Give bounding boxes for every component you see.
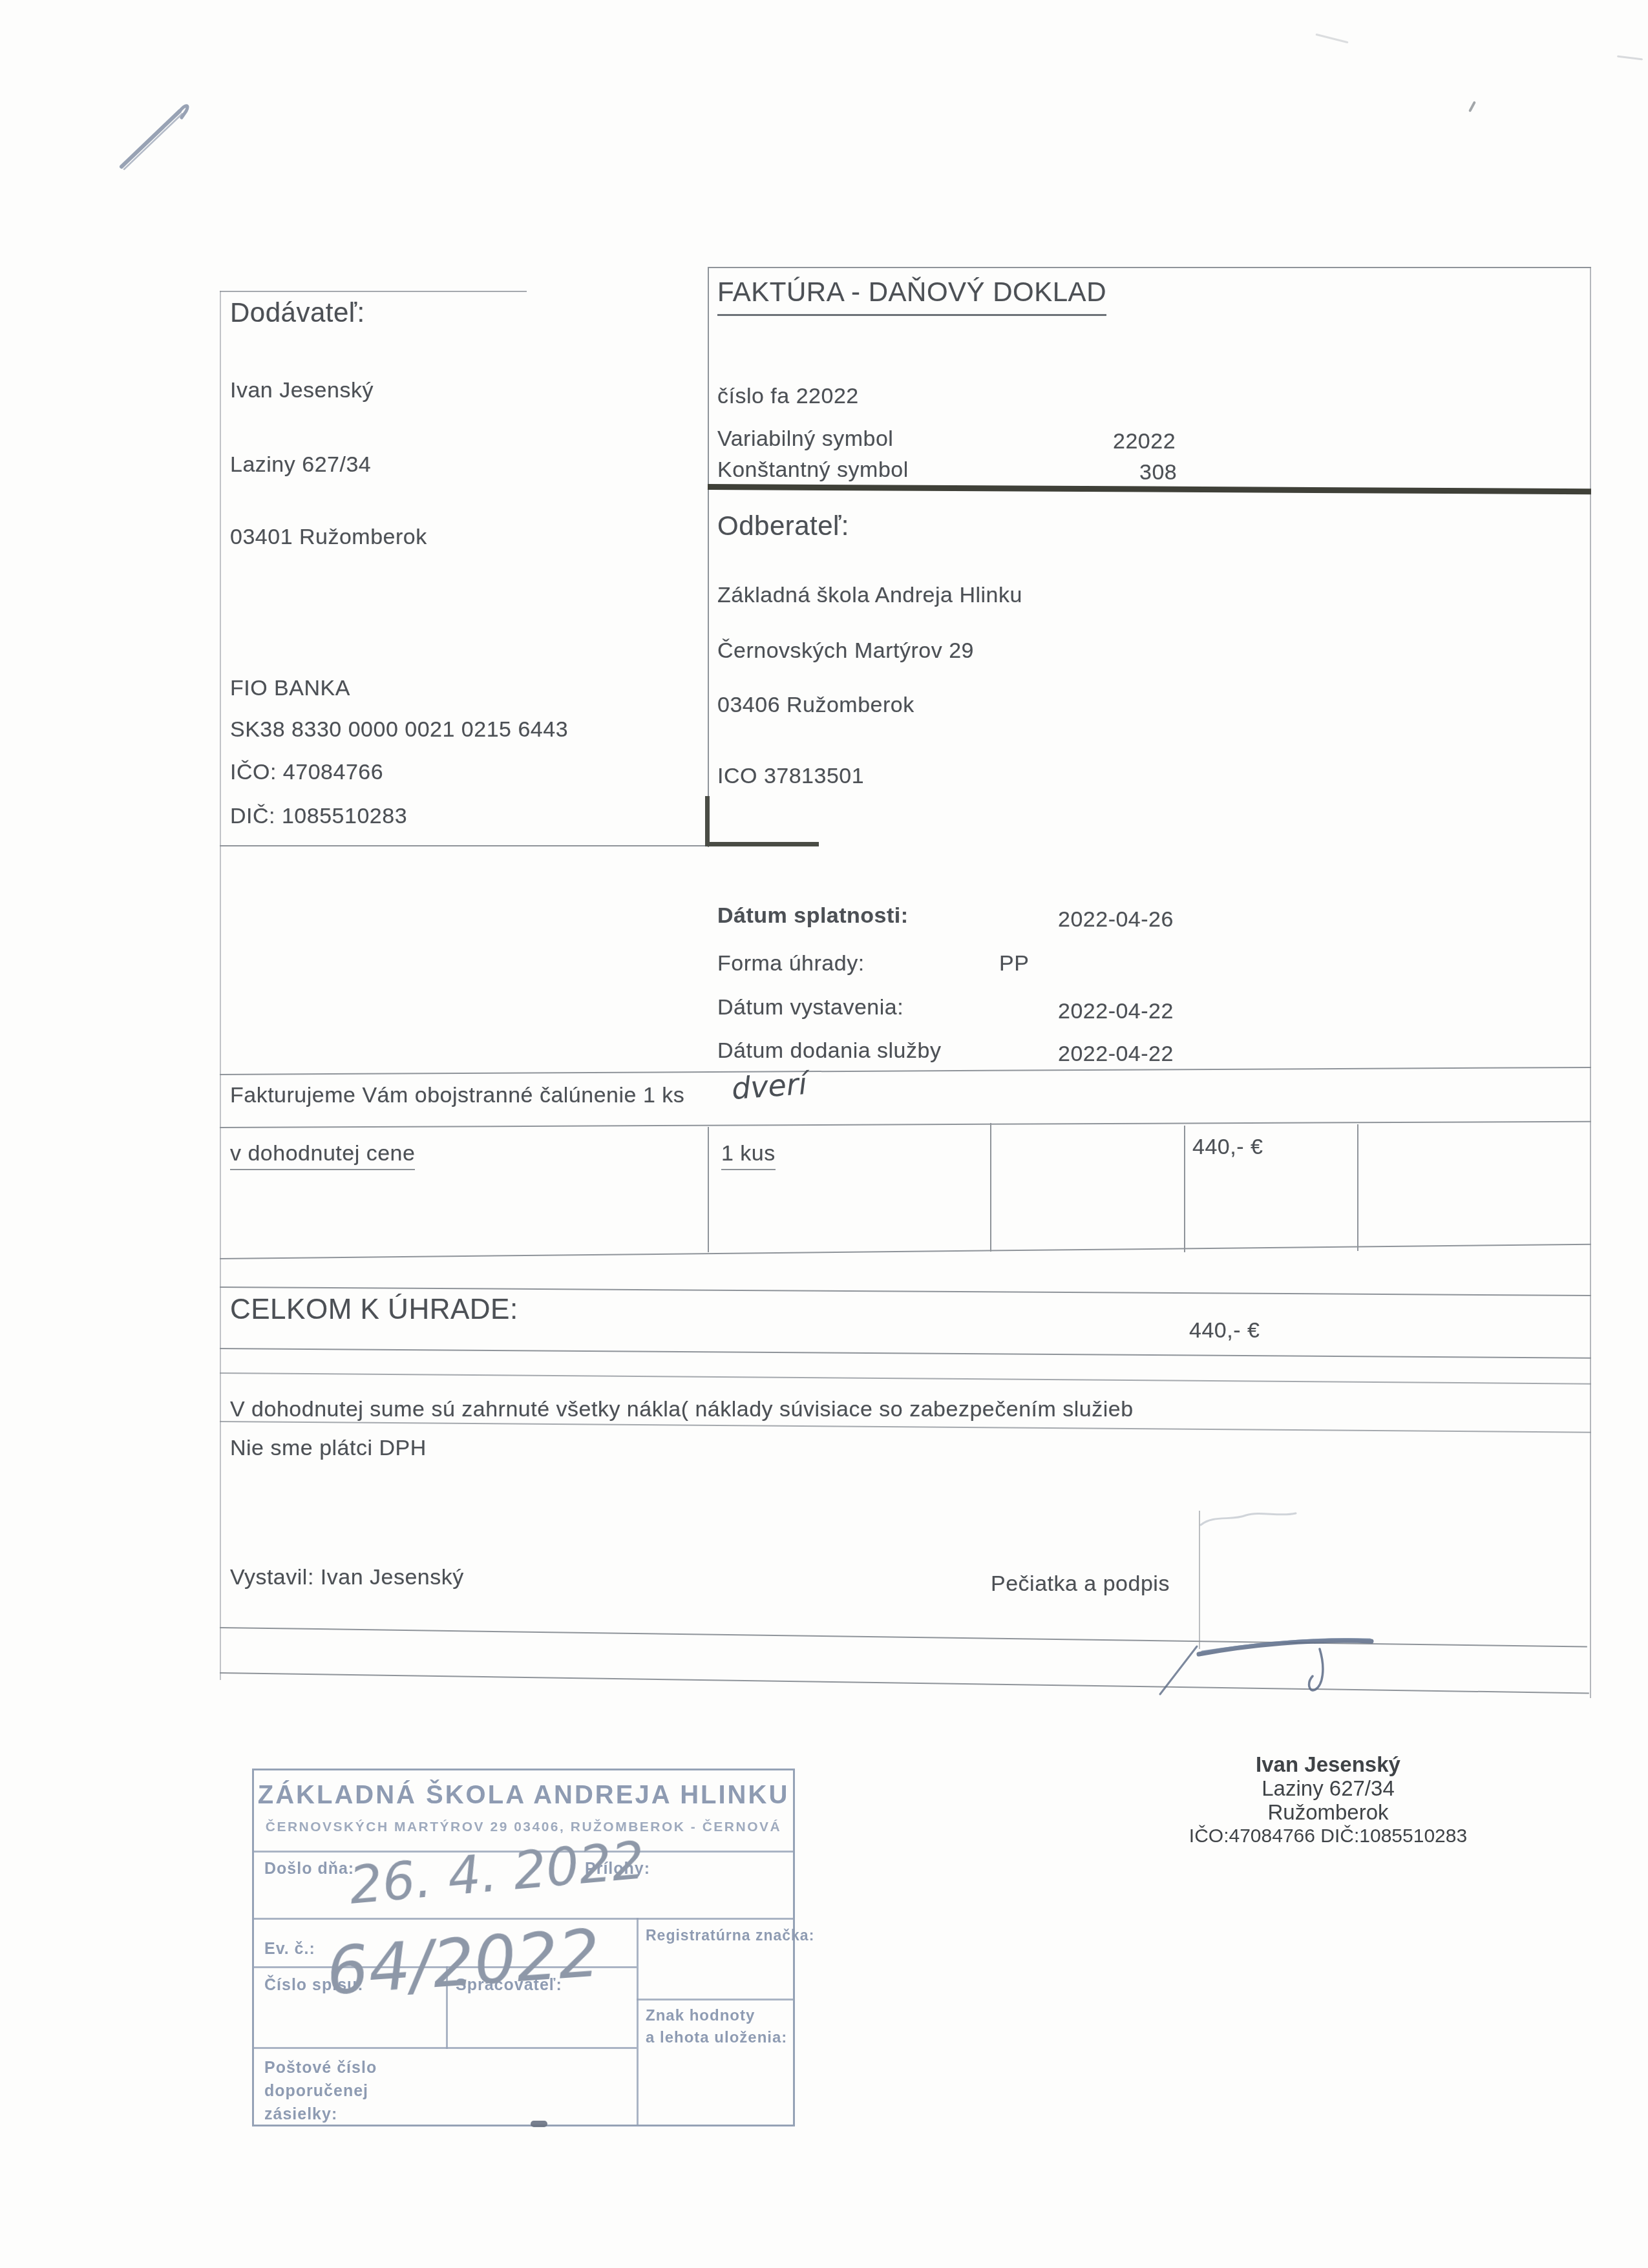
item-description-text: v dohodnutej cene — [230, 1141, 415, 1170]
invoice-title: FAKTÚRA - DAŇOVÝ DOKLAD — [717, 277, 1106, 316]
stamp-registry-mark-label: Registratúrna značka: — [646, 1927, 814, 1944]
variable-symbol-value: 22022 — [1113, 429, 1176, 454]
stamp-postal-label-1: Poštové číslo — [264, 2059, 377, 2077]
center-border-line — [708, 267, 709, 847]
table-bottom-line — [220, 1244, 1591, 1259]
scan-noise-mark — [1315, 34, 1348, 43]
table-divider-3 — [1184, 1126, 1185, 1252]
delivery-date-label: Dátum dodania služby — [717, 1038, 941, 1064]
table-divider-2 — [990, 1123, 991, 1252]
supplier-stamp-name: Ivan Jesenský — [1182, 1752, 1474, 1776]
supplier-rubber-stamp: Ivan Jesenský Laziny 627/34 Ružomberok I… — [1182, 1752, 1474, 1848]
issue-date-label: Dátum vystavenia: — [717, 995, 903, 1020]
signature-scribble — [1125, 1615, 1402, 1709]
items-handwritten-word: dverí — [730, 1066, 808, 1106]
invoice-number-line: číslo fa 22022 — [717, 384, 859, 409]
scan-noise-mark — [1617, 56, 1643, 61]
stamp-value-mark-label-1: Znak hodnoty — [646, 2007, 755, 2025]
customer-box-corner-vertical — [705, 796, 710, 846]
pen-mark — [110, 97, 200, 181]
payment-form-label: Forma úhrady: — [717, 951, 865, 976]
supplier-bank: FIO BANKA — [230, 676, 350, 701]
supplier-dic: DIČ: 1085510283 — [230, 804, 407, 829]
item-description: v dohodnutej cene — [230, 1141, 415, 1166]
constant-symbol-label: Konštantný symbol — [717, 457, 909, 483]
total-value: 440,- € — [1189, 1318, 1260, 1343]
item-quantity: 1 kus — [721, 1141, 776, 1166]
item-price: 440,- € — [1192, 1135, 1263, 1160]
supplier-street: Laziny 627/34 — [230, 452, 371, 478]
variable-symbol-label: Variabilný symbol — [717, 426, 893, 452]
supplier-box-top-line — [220, 291, 527, 292]
invoice-box-top-line — [708, 267, 1591, 268]
due-date-value: 2022-04-26 — [1058, 907, 1174, 932]
notes-top-line — [220, 1372, 1591, 1385]
stamp-ink-blob — [531, 2121, 547, 2127]
customer-name: Základná škola Andreja Hlinku — [717, 583, 1022, 608]
supplier-stamp-city: Ružomberok — [1182, 1800, 1474, 1824]
supplier-city: 03401 Ružomberok — [230, 525, 427, 550]
scan-noise-mark — [1468, 101, 1476, 112]
customer-box-corner-horizontal — [705, 842, 819, 846]
issue-date-value: 2022-04-22 — [1058, 999, 1174, 1024]
invoice-scan-page: Dodávateľ: Ivan Jesenský Laziny 627/34 0… — [0, 0, 1648, 2268]
item-quantity-text: 1 kus — [721, 1141, 776, 1170]
stamp-postal-label-2: doporučenej — [264, 2082, 368, 2101]
stamp-line — [637, 1999, 793, 2000]
stamp-line — [637, 1918, 639, 2125]
customer-city: 03406 Ružomberok — [717, 693, 914, 718]
pencil-smudge — [1196, 1506, 1305, 1535]
delivery-date-value: 2022-04-22 — [1058, 1042, 1174, 1067]
issued-by-text: Vystavil: Ivan Jesenský — [230, 1565, 464, 1590]
note-line-1: V dohodnutej sume sú zahrnuté všetky nák… — [230, 1397, 1134, 1422]
supplier-ico: IČO: 47084766 — [230, 760, 383, 785]
constant-symbol-value: 308 — [1139, 460, 1177, 485]
customer-label: Odberateľ: — [717, 510, 849, 541]
supplier-stamp-street: Laziny 627/34 — [1182, 1776, 1474, 1800]
invoice-title-text: FAKTÚRA - DAŇOVÝ DOKLAD — [717, 277, 1106, 316]
supplier-name: Ivan Jesenský — [230, 378, 374, 403]
table-divider-1 — [708, 1127, 709, 1252]
stamp-ev-number-label: Ev. č.: — [264, 1940, 315, 1958]
total-label: CELKOM K ÚHRADE: — [230, 1294, 518, 1326]
stamp-postal-label-3: zásielky: — [264, 2105, 337, 2124]
stamp-value-mark-label-2: a lehota uloženia: — [646, 2029, 787, 2047]
left-border-line — [220, 291, 221, 1680]
total-bottom-line — [220, 1348, 1591, 1359]
supplier-box-bottom-line — [220, 845, 709, 846]
notes-mid-line — [220, 1421, 1591, 1433]
items-top-line — [220, 1067, 1591, 1075]
table-divider-4 — [1357, 1124, 1358, 1251]
stamp-school-name: ZÁKLADNÁ ŠKOLA ANDREJA HLINKU — [254, 1781, 793, 1810]
invoice-box-heavy-line — [708, 484, 1591, 494]
stamp-received-label: Došlo dňa: — [264, 1860, 354, 1878]
items-mid-line — [220, 1121, 1591, 1128]
payment-form-value: PP — [999, 951, 1029, 976]
stamp-sign-label: Pečiatka a podpis — [991, 1571, 1170, 1597]
due-date-label: Dátum splatnosti: — [717, 903, 909, 929]
stamp-school-address: ČERNOVSKÝCH MARTÝROV 29 03406, RUŽOMBERO… — [254, 1820, 793, 1835]
customer-ico: ICO 37813501 — [717, 764, 864, 789]
customer-street: Černovských Martýrov 29 — [717, 638, 974, 664]
note-line-2: Nie sme plátci DPH — [230, 1436, 427, 1461]
right-border-line — [1590, 267, 1591, 1698]
supplier-label: Dodávateľ: — [230, 297, 365, 328]
supplier-iban: SK38 8330 0000 0021 0215 6443 — [230, 717, 568, 742]
stamp-line — [254, 2047, 637, 2049]
supplier-stamp-ids: IČO:47084766 DIČ:1085510283 — [1182, 1824, 1474, 1848]
items-intro-text: Fakturujeme Vám obojstranné čalúnenie 1 … — [230, 1083, 684, 1108]
